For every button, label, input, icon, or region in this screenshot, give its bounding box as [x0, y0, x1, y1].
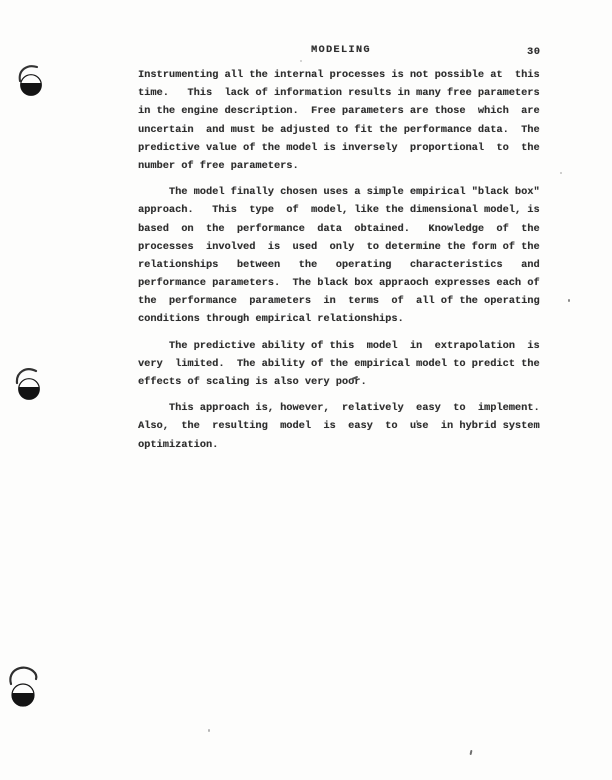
punch-hole-mark-icon — [12, 60, 48, 107]
text-line: This approach is, however, relatively ea… — [138, 399, 558, 417]
paragraph: Instrumenting all the internal processes… — [138, 66, 558, 175]
scan-speck — [560, 172, 562, 174]
text-line: time. This lack of information results i… — [138, 84, 558, 102]
page-number: 30 — [527, 43, 541, 61]
punch-hole-mark-icon — [10, 363, 46, 410]
scan-speck — [208, 729, 210, 732]
text-line: the performance parameters in terms of a… — [138, 292, 558, 310]
text-line: relationships between the operating char… — [138, 256, 558, 274]
paragraph: The model finally chosen uses a simple e… — [138, 183, 558, 329]
text-line: The predictive ability of this model in … — [138, 337, 558, 355]
text-line: performance parameters. The black box ap… — [138, 274, 558, 292]
scan-speck — [416, 420, 418, 423]
paragraph: The predictive ability of this model in … — [138, 337, 558, 392]
text-line: based on the performance data obtained. … — [138, 220, 558, 238]
scan-speck — [470, 750, 473, 755]
section-title: MODELING — [311, 41, 371, 59]
scan-speck — [568, 299, 570, 302]
text-line: Also, the resulting model is easy to use… — [138, 417, 558, 435]
text-line: predictive value of the model is inverse… — [138, 139, 558, 157]
text-line: The model finally chosen uses a simple e… — [138, 183, 558, 201]
text-line: uncertain and must be adjusted to fit th… — [138, 121, 558, 139]
punch-hole-mark-icon — [5, 662, 45, 719]
text-line: very limited. The ability of the empiric… — [138, 355, 558, 373]
scan-speck — [300, 60, 302, 62]
text-line: approach. This type of model, like the d… — [138, 201, 558, 219]
text-line: conditions through empirical relationshi… — [138, 310, 558, 328]
text-line: Instrumenting all the internal processes… — [138, 66, 558, 84]
body-text: Instrumenting all the internal processes… — [138, 66, 558, 454]
text-line: processes involved is used only to deter… — [138, 238, 558, 256]
paragraph: This approach is, however, relatively ea… — [138, 399, 558, 454]
text-line: number of free parameters. — [138, 157, 558, 175]
text-line: in the engine description. Free paramete… — [138, 102, 558, 120]
document-page: MODELING 30 Instrumenting all the intern… — [0, 0, 612, 780]
text-line: optimization. — [138, 436, 558, 454]
text-line: effects of scaling is also very poor. — [138, 373, 558, 391]
